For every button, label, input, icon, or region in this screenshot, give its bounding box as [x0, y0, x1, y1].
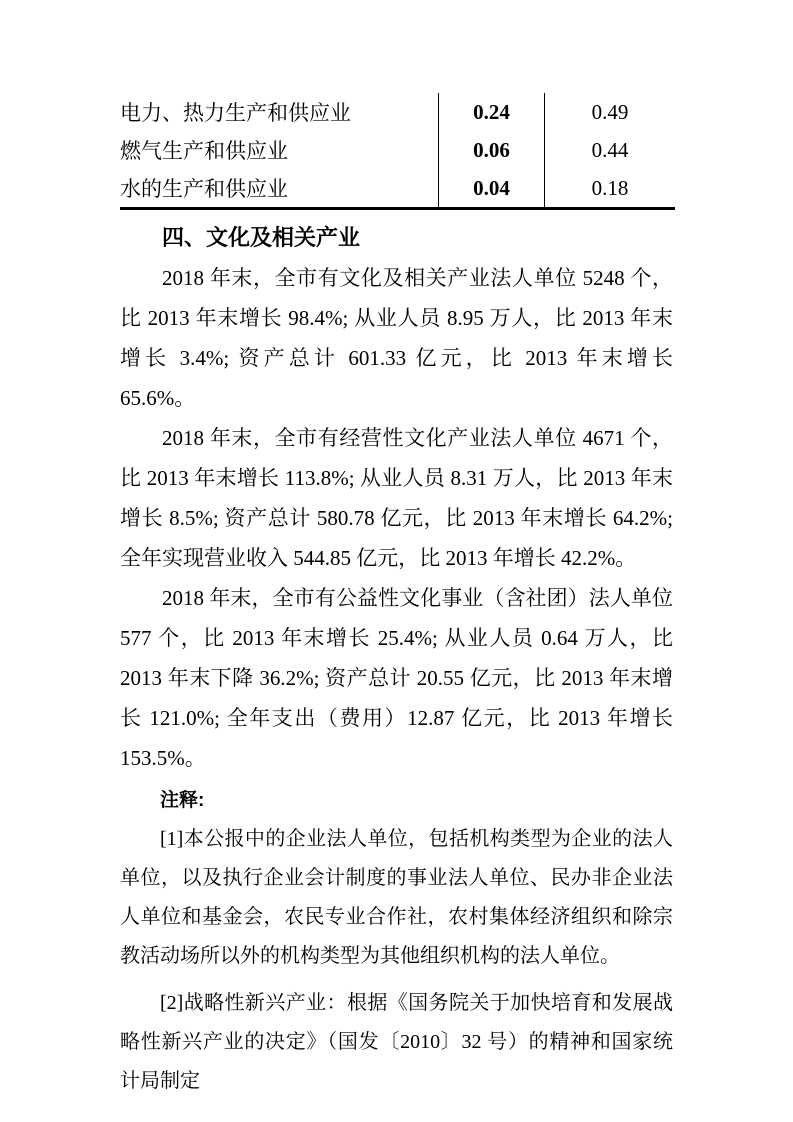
paragraph-culture-industry-total: 2018 年末，全市有文化及相关产业法人单位 5248 个，比 2013 年末增…: [120, 258, 673, 418]
note-2: [2]战略性新兴产业：根据《国务院关于加快培育和发展战略性新兴产业的决定》（国发…: [120, 984, 673, 1101]
value-cell-col1: 0.24: [439, 93, 545, 131]
industry-name-cell: 燃气生产和供应业: [120, 131, 439, 169]
document-page: 电力、热力生产和供应业 0.24 0.49 燃气生产和供应业 0.06 0.44…: [0, 0, 793, 1122]
value-cell-col2: 0.18: [545, 169, 676, 209]
page-content: 电力、热力生产和供应业 0.24 0.49 燃气生产和供应业 0.06 0.44…: [120, 93, 673, 1101]
section-heading: 四、文化及相关产业: [120, 218, 673, 258]
note-1: [1]本公报中的企业法人单位，包括机构类型为企业的法人单位，以及执行企业会计制度…: [120, 820, 673, 976]
paragraph-commercial-culture: 2018 年末，全市有经营性文化产业法人单位 4671 个，比 2013 年末增…: [120, 418, 673, 578]
table-row: 水的生产和供应业 0.04 0.18: [120, 169, 675, 209]
industry-name-cell: 水的生产和供应业: [120, 169, 439, 209]
value-cell-col2: 0.49: [545, 93, 676, 131]
notes-label: 注释:: [120, 784, 673, 818]
value-cell-col1: 0.06: [439, 131, 545, 169]
table-row: 电力、热力生产和供应业 0.24 0.49: [120, 93, 675, 131]
industry-stat-table: 电力、热力生产和供应业 0.24 0.49 燃气生产和供应业 0.06 0.44…: [120, 93, 675, 210]
value-cell-col2: 0.44: [545, 131, 676, 169]
paragraph-public-welfare-culture: 2018 年末，全市有公益性文化事业（含社团）法人单位 577 个，比 2013…: [120, 578, 673, 778]
value-cell-col1: 0.04: [439, 169, 545, 209]
table-row: 燃气生产和供应业 0.06 0.44: [120, 131, 675, 169]
industry-name-cell: 电力、热力生产和供应业: [120, 93, 439, 131]
